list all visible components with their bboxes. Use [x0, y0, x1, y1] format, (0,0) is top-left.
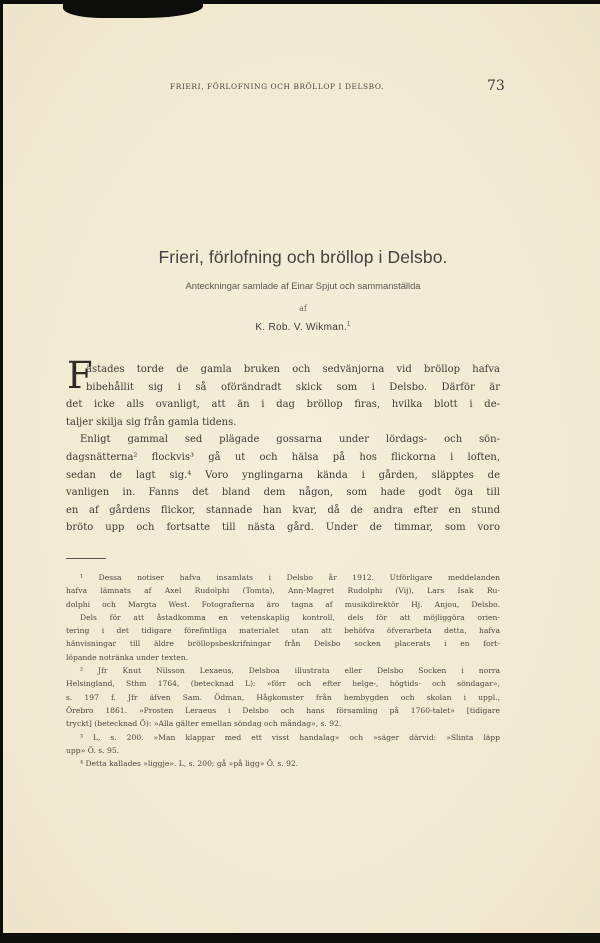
body-line: sedan de lagt sig.⁴ Voro ynglingarna kän…: [66, 467, 500, 485]
footnote-line: hafva lämnats af Axel Rudolphi (Tomta), …: [66, 584, 500, 597]
footnote-divider: [66, 558, 106, 559]
footnote-line: tryckt] (betecknad Ö): »Alla gälter emel…: [66, 717, 500, 730]
author-text: K. Rob. V. Wikman.: [255, 322, 347, 333]
footnote-line: s. 197 f. Jfr äfven Sam. Ödman, Hågkomst…: [66, 691, 500, 704]
article-subtitle: Anteckningar samlade af Einar Spjut och …: [3, 280, 600, 291]
footnote-line: hänvisningar till äldre bröllopsbeskrifn…: [66, 637, 500, 650]
footnote-line: dolphi och Margta West. Fotografierna är…: [66, 598, 500, 611]
footnote-line: Helsingland, Sthm 1764, (betecknad L): »…: [66, 677, 500, 690]
footnote-line: ² Jfr Knut Nilsson Lexaeus, Delsboa illu…: [66, 664, 500, 677]
footnote-line: Dels för att åstadkomma en vetenskaplig …: [66, 611, 500, 624]
page-number: 73: [487, 78, 505, 94]
footnote-line: ¹ Dessa notiser hafva insamlats i Delsbo…: [66, 571, 500, 584]
body-line: taljer skilja sig från gamla tidens.: [66, 414, 500, 432]
running-head: FRIERI, FÖRLOFNING OCH BRÖLLOP I DELSBO.: [170, 82, 390, 91]
book-page: FRIERI, FÖRLOFNING OCH BRÖLLOP I DELSBO.…: [3, 4, 600, 933]
author-name: K. Rob. V. Wikman.1: [3, 322, 600, 333]
article-title: Frieri, förlofning och bröllop i Delsbo.: [3, 247, 600, 268]
body-line: bröto upp och fortsatte till nästa gård.…: [66, 519, 500, 537]
footnote-line: Örebro 1861. »Prosten Leraeus i Delsbo o…: [66, 704, 500, 717]
author-footnote-marker: 1: [347, 322, 351, 328]
body-line: Enligt gammal sed plägade gossarna under…: [66, 431, 500, 449]
footnote-line: löpande notränka under texten.: [66, 651, 500, 664]
footnote-line: upp» Ö. s. 95.: [66, 744, 500, 757]
footnote-line: ⁴ Detta kallades »liggje». L, s. 200; gå…: [66, 757, 500, 770]
body-line: dagsnätterna² flockvis³ gå ut och hälsa …: [66, 449, 500, 467]
body-line: en af gårdens flickor, stannade han kvar…: [66, 502, 500, 520]
footnote-line: tering i det tidigare förefintliga mater…: [66, 624, 500, 637]
body-text: ästades torde de gamla bruken och sedvän…: [66, 361, 500, 537]
scan-edge-shadow: [63, 4, 203, 18]
body-line: vanligen in. Fanns det bland dem någon, …: [66, 484, 500, 502]
body-line: ästades torde de gamla bruken och sedvän…: [66, 361, 500, 379]
body-line: det icke alls ovanligt, att än i dag brö…: [66, 396, 500, 414]
byline-af: af: [3, 304, 600, 313]
footnotes: ¹ Dessa notiser hafva insamlats i Delsbo…: [66, 571, 500, 770]
body-line: bibehållit sig i så oförändradt skick so…: [66, 379, 500, 397]
footnote-line: ³ L, s. 200. »Man klappar med ett visst …: [66, 731, 500, 744]
